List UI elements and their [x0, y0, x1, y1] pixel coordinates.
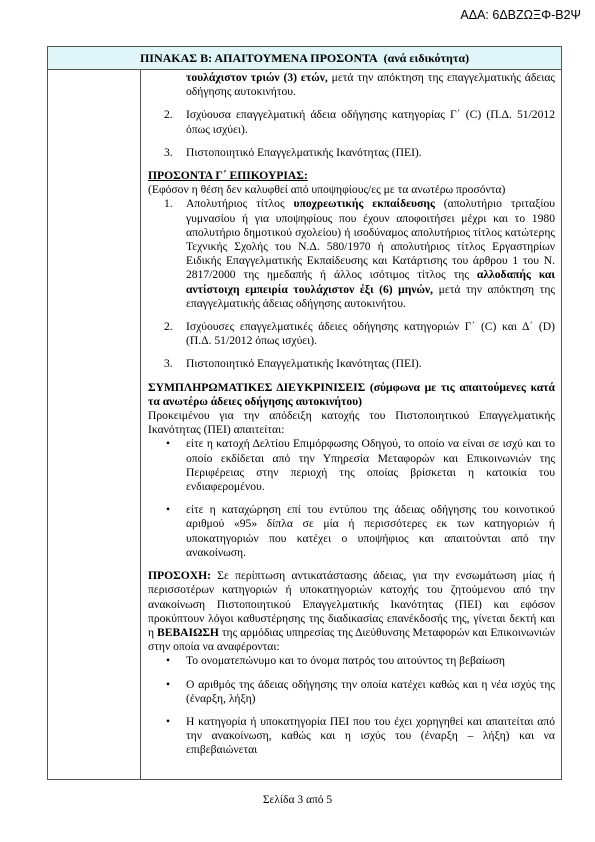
bullet-icon: • [166, 654, 170, 668]
ada-code: ΑΔΑ: 6ΔΒΖΩΞΦ-Β2Ψ [460, 8, 581, 22]
bullet-icon: • [166, 678, 170, 692]
continued-item: τουλάχιστον τριών (3) ετών, μετά την από… [148, 71, 555, 99]
list-item: •είτε η καταχώρηση επί του εντύπου της ά… [148, 503, 555, 560]
intro-paragraph: Προκειμένου για την απόδειξη κατοχής του… [148, 409, 555, 437]
bullet-icon: • [166, 503, 170, 517]
attention-paragraph: ΠΡΟΣΟΧΗ: Σε περίπτωση αντικατάστασης άδε… [148, 569, 555, 654]
list-item: •Ο αριθμός της άδειας οδήγησης την οποία… [148, 678, 555, 706]
table-title: ΠΙΝΑΚΑΣ Β: ΑΠΑΙΤΟΥΜΕΝΑ ΠΡΟΣΟΝΤΑ [140, 51, 378, 65]
list-item: •Το ονοματεπώνυμο και το όνομα πατρός το… [148, 654, 555, 668]
list-item: 2.Ισχύουσα επαγγελματική άδεια οδήγησης … [148, 108, 555, 136]
list-item: 1.Απολυτήριος τίτλος υποχρεωτικής εκπαίδ… [148, 197, 555, 311]
table-title-paren: (ανά ειδικότητα) [384, 51, 469, 65]
list-item: 3.Πιστοποιητικό Επαγγελματικής Ικανότητα… [148, 357, 555, 371]
bullet-icon: • [166, 715, 170, 729]
list-item: •είτε η κατοχή Δελτίου Επιμόρφωσης Οδηγο… [148, 437, 555, 494]
list-item: 3.Πιστοποιητικό Επαγγελματικής Ικανότητα… [148, 146, 555, 160]
bullet-icon: • [166, 437, 170, 451]
list-item: •Η κατηγορία ή υποκατηγορία ΠΕΙ που του … [148, 715, 555, 758]
page-number: Σελίδα 3 από 5 [0, 794, 595, 806]
list-auxiliary: 1.Απολυτήριος τίτλος υποχρεωτικής εκπαίδ… [148, 197, 555, 371]
supplementary-heading: ΣΥΜΠΛΗΡΩΜΑΤΙΚΕΣ ΔΙΕΥΚΡΙΝΙΣΕΙΣ (σύμφωνα μ… [148, 381, 555, 409]
list-item: 2.Ισχύουσες επαγγελματικές άδειες οδήγησ… [148, 320, 555, 348]
requirements-table: ΠΙΝΑΚΑΣ Β: ΑΠΑΙΤΟΥΜΕΝΑ ΠΡΟΣΟΝΤΑ (ανά ειδ… [47, 46, 562, 780]
section-heading: ΠΡΟΣΟΝΤΑ Γ΄ ΕΠΙΚΟΥΡΙΑΣ: [148, 169, 555, 183]
table-header: ΠΙΝΑΚΑΣ Β: ΑΠΑΙΤΟΥΜΕΝΑ ΠΡΟΣΟΝΤΑ (ανά ειδ… [48, 47, 561, 70]
left-column [48, 70, 141, 779]
list-primary: 2.Ισχύουσα επαγγελματική άδεια οδήγησης … [148, 108, 555, 160]
content-cell: τουλάχιστον τριών (3) ετών, μετά την από… [148, 71, 555, 767]
section-note: (Εφόσον η θέση δεν καλυφθεί από υποψηφίο… [148, 183, 555, 197]
